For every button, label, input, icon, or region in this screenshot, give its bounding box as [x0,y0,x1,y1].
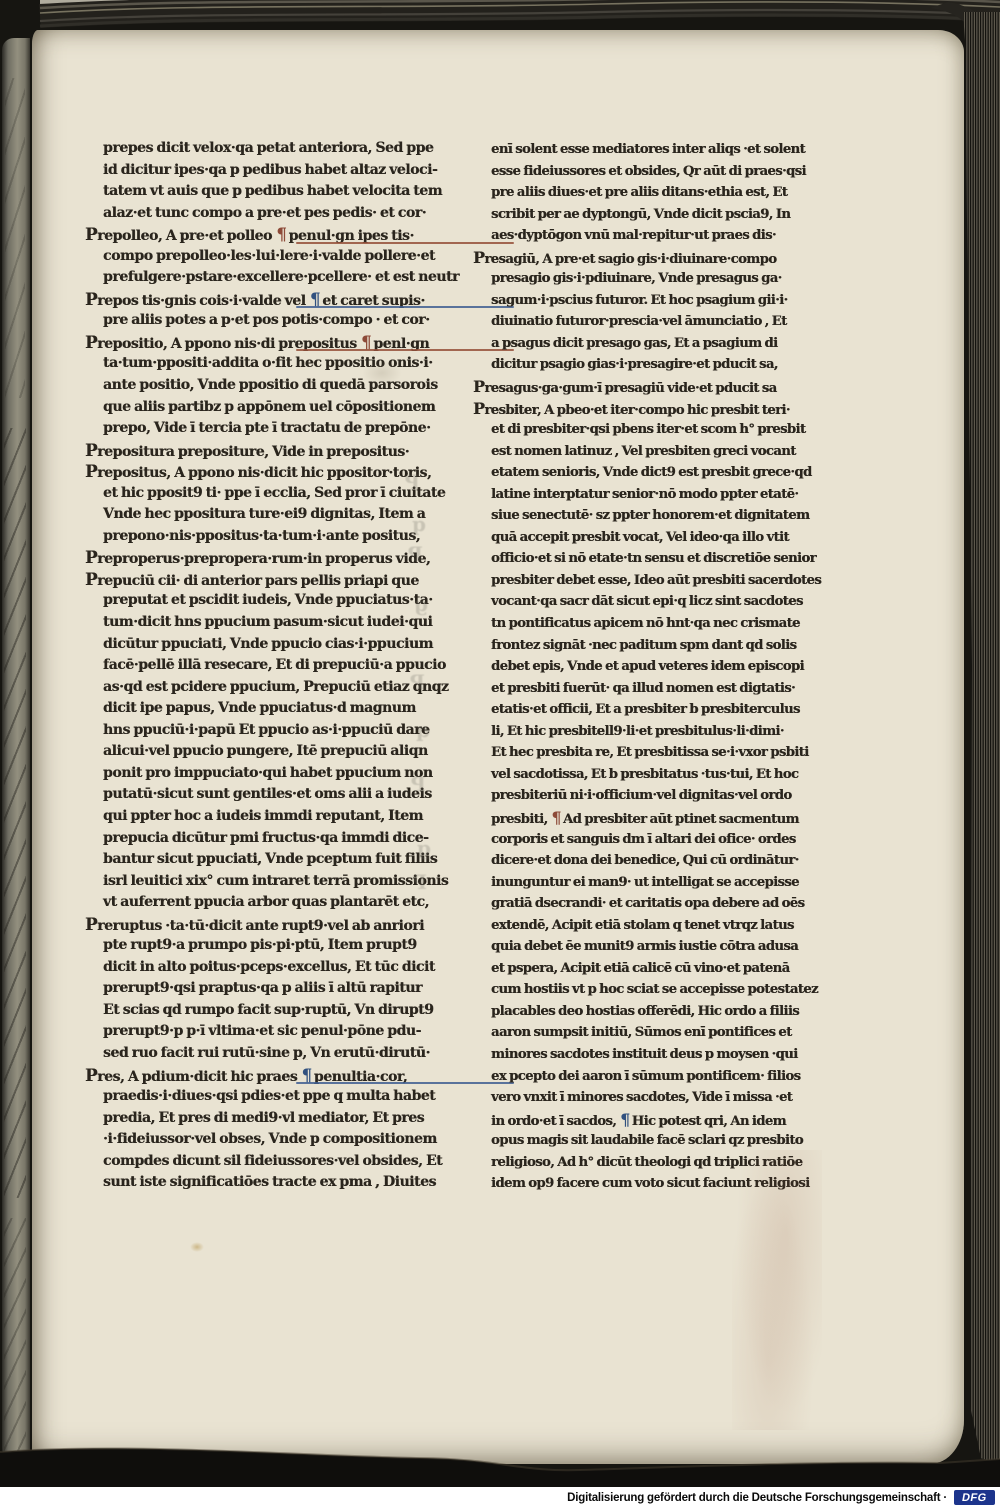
text-line: que aliis partibz p appōnem uel cōpositi… [85,397,461,419]
text-line: vero vnxit ī minores sacdotes, Vide ī mi… [473,1087,821,1109]
text-line: Presbiter, A pbeo·et iter·compo hic pres… [473,398,821,420]
text-line: Prepositio, A ppono nis·di prepositus ¶p… [85,332,461,354]
text-line: prefulgere·pstare·excellere·pcellere· et… [85,267,461,289]
text-line: cum hostiis vt p hoc sciat se accepisse … [473,979,821,1001]
text-line: presbiteriū ni·i·officium·vel dignitas·v… [473,785,821,807]
text-line: debet epis, Vnde et apud veteres idem ep… [473,656,821,678]
text-line: ex pcepto dei aaron ī sūmum pontificem· … [473,1066,821,1088]
text-line: gratiā dsecrandi· et caritatis opa deber… [473,893,821,915]
text-line: Prepuciū cii· di anterior pars pellis pr… [85,569,461,591]
text-line: prepes dicit velox·qa petat anteriora, S… [85,138,461,160]
book-bottom-edge [0,1438,1000,1488]
text-line: officio·et si nō etate·tn sensu et discr… [473,548,821,570]
text-line: hns ppuciū·i·papū Et ppucio as·i·ppuciū … [85,720,461,742]
text-line: Preproperus·prepropera·rum·in properus v… [85,547,461,569]
text-line: dicitur psagio gias·i·presagire·et pduci… [473,354,821,376]
text-line: sunt iste significatiōes tracte ex pma ,… [85,1172,461,1194]
dfg-logo: DFG [954,1490,995,1505]
text-line: etatem senioris, Vnde dict9 est presbit … [473,462,821,484]
text-line: siue senectutē· sz ppter honorem·et dign… [473,505,821,527]
text-line: ·i·fideiussor·vel obses, Vnde p composit… [85,1129,461,1151]
text-line: li, Et hic presbitell9·li·et presbitulus… [473,721,821,743]
text-line: vocant·qa sacr dāt sicut epi·q licz sint… [473,591,821,613]
text-line: a psagus dicit presago gas, Et a psagium… [473,333,821,355]
text-line: latine interptatur senior·nō modo ppter … [473,484,821,506]
text-line: Et hec presbita re, Et presbitissa se·i·… [473,742,821,764]
text-line: prerupt9·qsi praptus·qa p aliis ī altū r… [85,978,461,1000]
text-line: extendē, Acipit etiā stolam q tenet vtrq… [473,915,821,937]
text-column-left: prepes dicit velox·qa petat anteriora, S… [85,138,461,1194]
text-line: in ordo·et ī sacdos, ¶Hic potest qri, An… [473,1109,821,1131]
text-line: vel sacdotissa, Et b presbitatus ·tus·tu… [473,764,821,786]
text-line: pte rupt9·a prumpo pis·pi·ptū, Item prup… [85,935,461,957]
text-line: et pspera, Acipit etiā calicē cū vino·et… [473,958,821,980]
text-line: opus magis sit laudabile facē sclari qz … [473,1130,821,1152]
text-line: Vnde hec ppositura ture·ei9 dignitas, It… [85,504,461,526]
text-line: et presbiti fuerūt· qa illud nomen est d… [473,678,821,700]
show-through-mark: q [412,512,426,536]
text-line: predia, Et pres di medi9·vl mediator, Et… [85,1108,461,1130]
text-line: Presagiū, A pre·et sagio gis·i·diuinare·… [473,247,821,269]
book-top-page-edges [0,0,1000,72]
text-line: presbiter debet esse, Ideo aūt presbiti … [473,570,821,592]
facing-page-edge [2,38,30,1462]
text-line: Et scias qd rumpo facit sup·ruptū, Vn di… [85,1000,461,1022]
text-line: corporis et sanguis dm ī altari dei ofic… [473,829,821,851]
dfg-logo-text: DFG [961,1492,988,1504]
text-line: esse fideiussores et obsides, Qr aūt di … [473,161,821,183]
digitization-footer: Digitalisierung gefördert durch die Deut… [0,1487,1000,1508]
show-through-mark: q [416,718,430,742]
text-line: diuinatio futuror·prescia·vel āmunciatio… [473,311,821,333]
text-line: minores sacdotes instituit deus p moysen… [473,1044,821,1066]
text-line: presagio gis·i·pdiuinare, Vnde presagus … [473,268,821,290]
show-through-mark: P [412,870,427,894]
text-line: ante positio, Vnde ppositio di quedā par… [85,375,461,397]
text-column-right: enī solent esse mediatores inter aliqs ·… [473,139,821,1195]
text-line: Prepolleo, A pre·et polleo ¶penul·gn ipe… [85,224,461,246]
text-line: facē·pellē illā resecare, Et di prepuciū… [85,655,461,677]
text-line: pre aliis diues·et pre aliis ditans·ethi… [473,182,821,204]
text-line: id dicitur ipes·qa p pedibus habet altaz… [85,160,461,182]
text-line: dicere·et dona dei benedice, Qui cū ordi… [473,850,821,872]
text-line: Preruptus ·ta·tū·dicit ante rupt9·vel ab… [85,914,461,936]
text-line: Pres, A pdium·dicit hic praes ¶penultia·… [85,1065,461,1087]
text-line: putatū·sicut sunt gentiles·et oms alii a… [85,784,461,806]
text-line: presbiti, ¶Ad presbiter aūt ptinet sacme… [473,807,821,829]
text-line: placables deo hostias offerēdi, Hic ordo… [473,1001,821,1023]
text-line: etatis·et officii, Et a presbiter b pres… [473,699,821,721]
facing-page-text-fragments [4,428,26,1198]
text-line: frontez signāt ·nec paditum spm dant qd … [473,635,821,657]
text-line: religioso, Ad h° dicūt theologi qd tripl… [473,1152,821,1174]
text-line: alicui·vel ppucio pungere, Itē prepuciū … [85,741,461,763]
pilcrow-mark: ¶ [552,808,561,827]
pilcrow-mark: ¶ [276,224,286,244]
text-line: Prepos tis·gnis cois·i·valde vel ¶et car… [85,289,461,311]
text-line: ponit pro imppuciato·qui habet ppucium n… [85,763,461,785]
text-line: aaron sumpsit initiū, Sūmos enī pontific… [473,1022,821,1044]
text-line: inunguntur ei man9· ut intelligat se acc… [473,872,821,894]
text-line: aes·dyptōgon vnū mal·repitur·ut praes di… [473,225,821,247]
text-line: as·qd est pcidere ppucium, Prepuciū etia… [85,677,461,699]
text-line: dicit in alto poitus·pceps·excellus, Et … [85,957,461,979]
text-line: tn pontificatus apicem nō hnt·qa nec cri… [473,613,821,635]
text-line: dicūtur ppuciati, Vnde ppucio cias·i·ppu… [85,634,461,656]
footer-credit: Digitalisierung gefördert durch die Deut… [567,1492,947,1504]
text-line: tum·dicit hns ppucium pasum·sicut iudei·… [85,612,461,634]
text-line: enī solent esse mediatores inter aliqs ·… [473,139,821,161]
facing-page-text-fragments [4,1218,26,1468]
text-line: isrl leuitici xix° cum intraret terrā pr… [85,871,461,893]
show-through-mark: P [405,470,420,494]
text-line: est nomen latinuz , Vel presbiten greci … [473,441,821,463]
text-line: compo prepolleo·les·lui·lere·i·valde pol… [85,246,461,268]
text-line: compdes dicunt sil fideiussores·vel obsi… [85,1151,461,1173]
parchment-stain [190,1242,204,1252]
text-line: preputat et pscidit iudeis, Vnde ppuciat… [85,590,461,612]
text-line: sagum·i·pscius futuror. Et hoc psagium g… [473,290,821,312]
text-line: alaz·et tunc compo a pre·et pes pedis· e… [85,203,461,225]
text-line: prerupt9·p p·ī vltima·et sic penul·pōne … [85,1021,461,1043]
text-line: vt auferrent ppucia arbor quas plantarēt… [85,892,461,914]
text-line: sed ruo facit rui rutū·sine p, Vn erutū·… [85,1043,461,1065]
text-line: bantur sicut ppuciati, Vnde pceptum fuit… [85,849,461,871]
text-line: pre aliis potes a p·et pos potis·compo ·… [85,310,461,332]
text-line: praedis·i·diues·qsi pdies·et ppe q multa… [85,1086,461,1108]
show-through-mark: P [411,772,426,796]
text-line: prepucia dicūtur pmi fructus·qa immdi di… [85,828,461,850]
text-line: dicit ipe papus, Vnde ppuciatus·d magnum [85,698,461,720]
facing-page-text-fragments [5,78,25,398]
text-line: ta·tum·ppositi·addita o·fit hec ppositio… [85,353,461,375]
text-line: idem op9 facere cum voto sicut faciunt r… [473,1173,821,1195]
text-line: Prepositura prepositure, Vide in preposi… [85,440,461,462]
text-line: scribit per ae dyptongū, Vnde dicit psci… [473,204,821,226]
pilcrow-mark: ¶ [620,1110,629,1129]
text-line: prepono·nis·ppositus·ta·tum·i·ante posit… [85,526,461,548]
manuscript-page: prepes dicit velox·qa petat anteriora, S… [32,30,964,1464]
show-through-mark: g [417,836,431,860]
text-line: et di presbiter·qsi pbens iter·et scom h… [473,419,821,441]
text-line: qui ppter hoc a iudeis immdi reputant, I… [85,806,461,828]
show-through-mark: P [408,542,423,566]
text-line: Presagus·ga·gum·ī presagiū vide·et pduci… [473,376,821,398]
text-line: quā accepit presbit vocat, Vel ideo·qa i… [473,527,821,549]
text-line: prepo, Vide ī tercia pte ī tractatu de p… [85,418,461,440]
show-through-mark: g [414,592,428,616]
text-line: tatem vt auis que p pedibus habet veloci… [85,181,461,203]
show-through-mark: P [410,670,425,694]
text-line: quia debet ēe munit9 armis iustie cōtra … [473,936,821,958]
scanned-book-photo: prepes dicit velox·qa petat anteriora, S… [0,0,1000,1508]
